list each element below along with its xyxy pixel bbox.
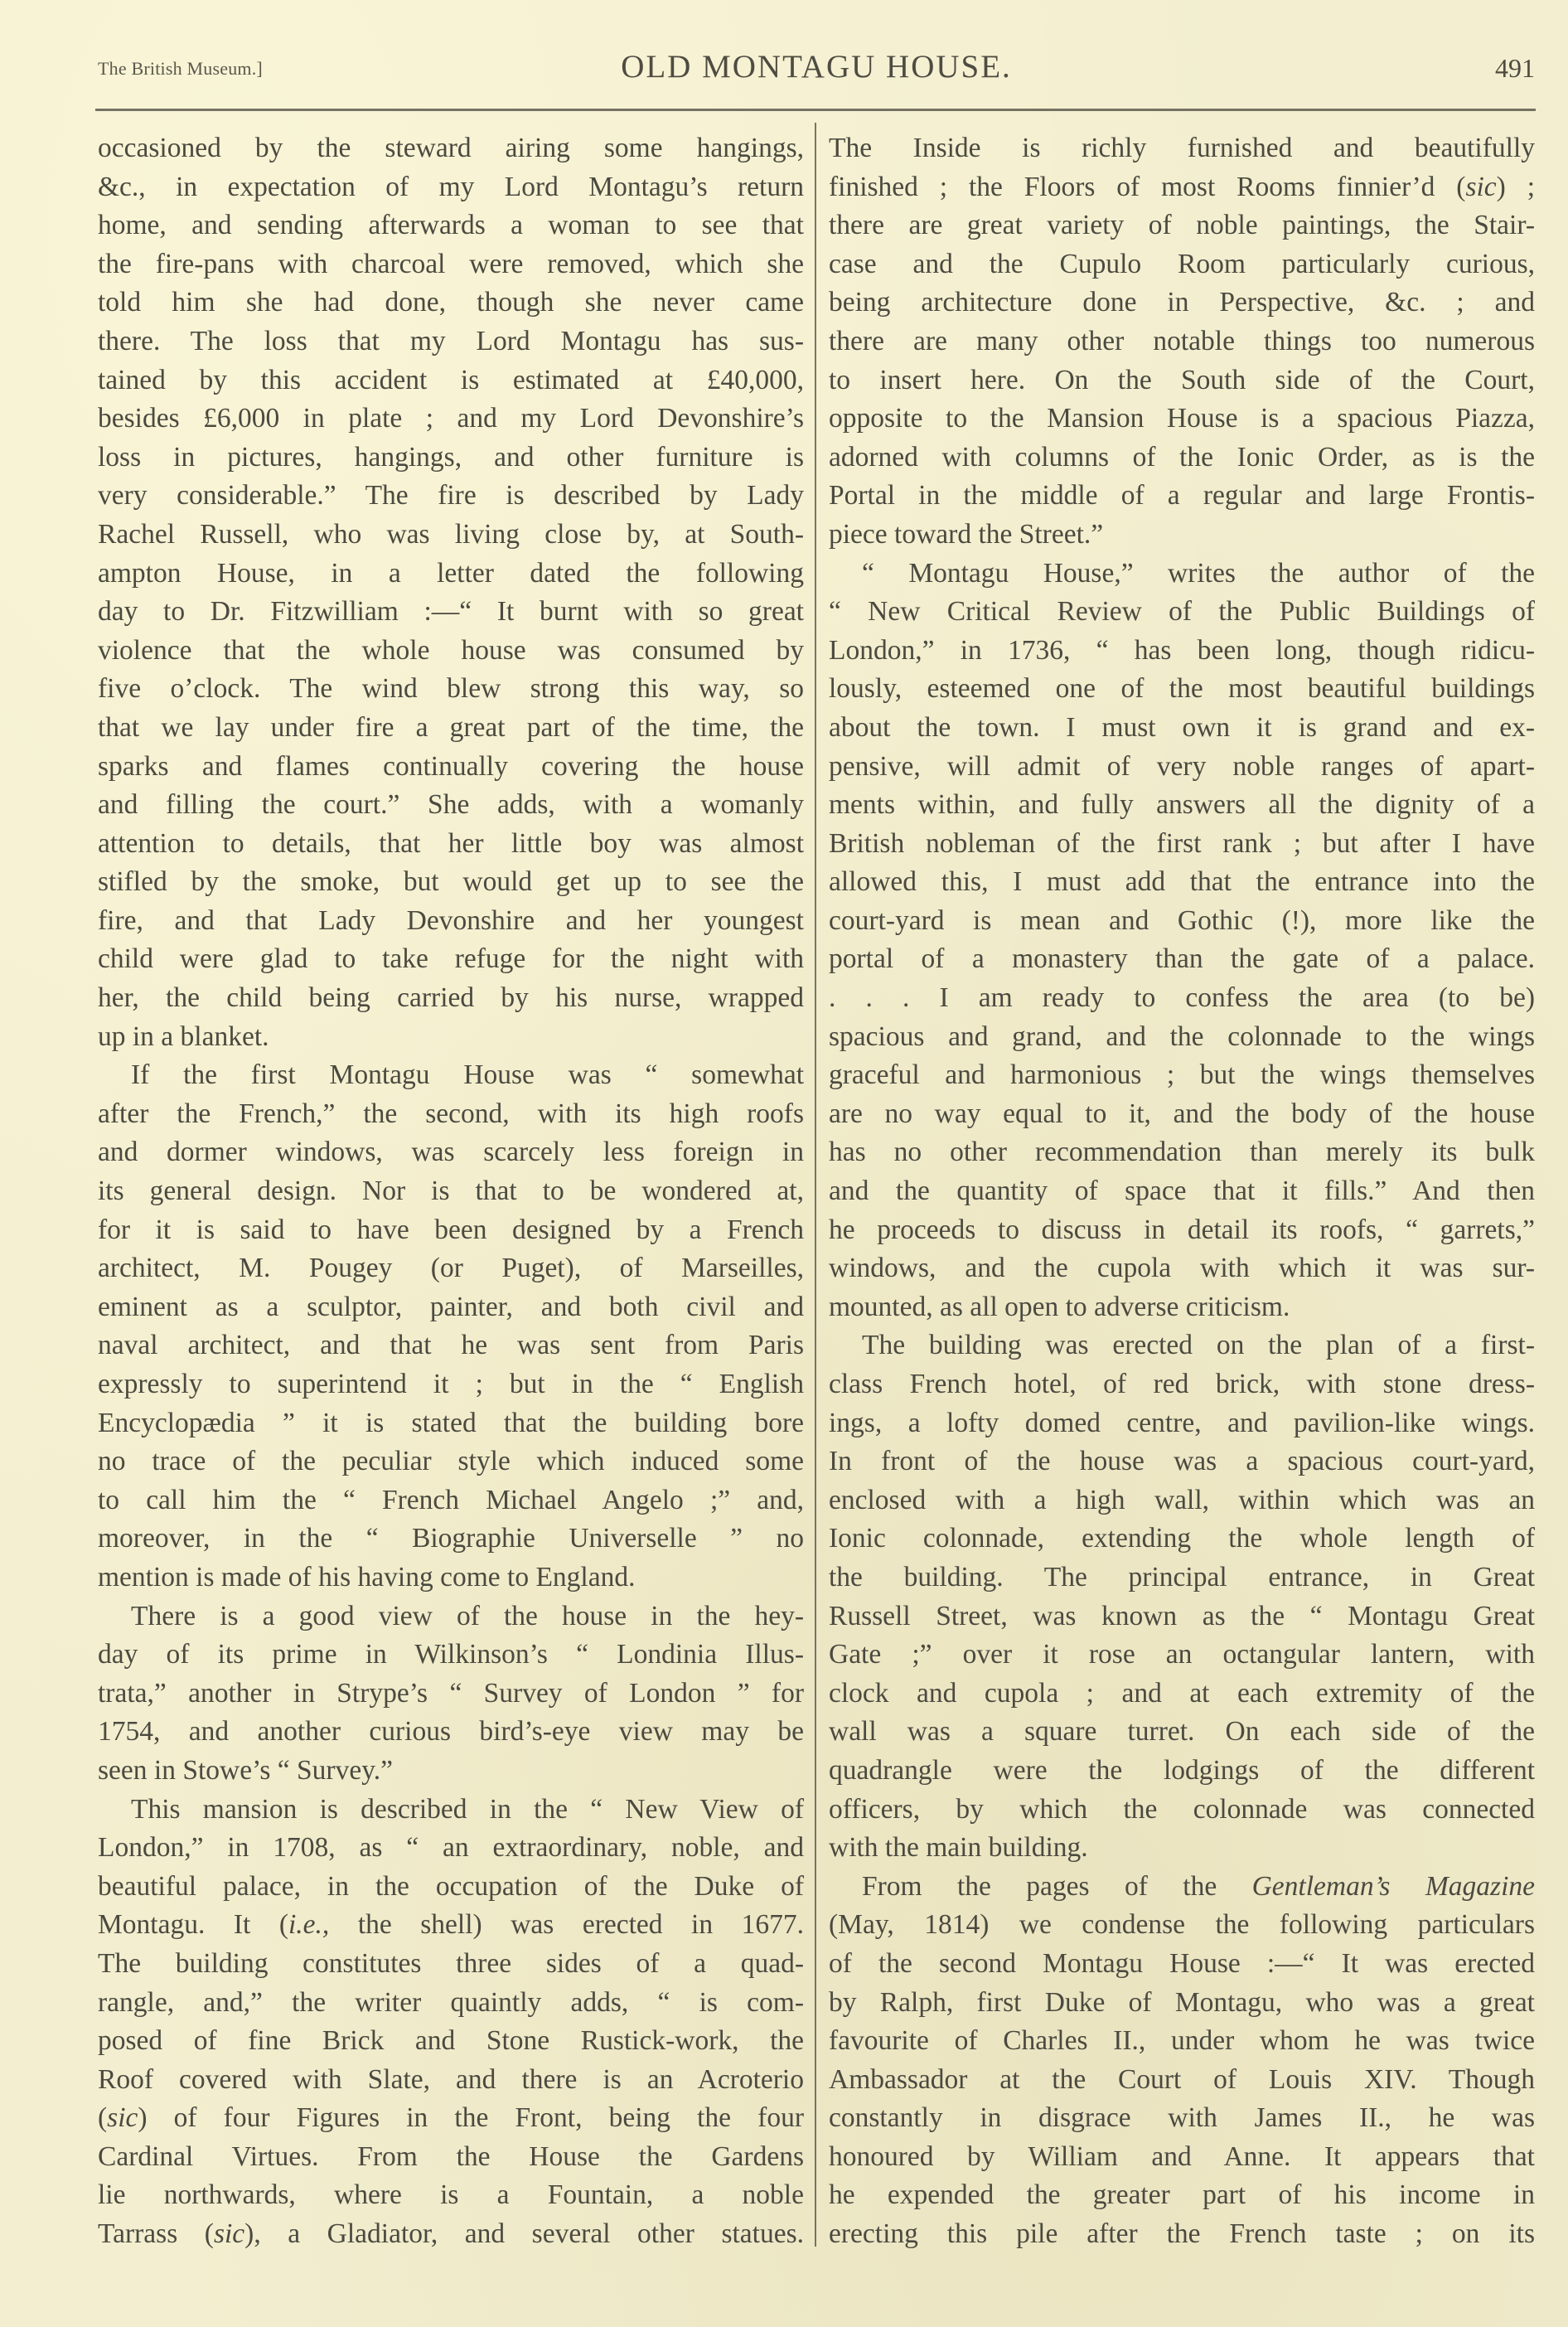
text-line: architect, M. Pougey (or Puget), of Mars… [98,1249,804,1288]
text-line: occasioned by the steward airing some ha… [98,129,804,168]
text-line: portal of a monastery than the gate of a… [829,940,1535,979]
text-line: This mansion is described in the “ New V… [98,1791,804,1830]
text-line: to call him the “ French Michael Angelo … [98,1481,804,1520]
text-line: (sic) of four Figures in the Front, bein… [98,2099,804,2138]
text-line: ments within, and fully answers all the … [829,786,1535,825]
text-line: finished ; the Floors of most Rooms finn… [829,168,1535,207]
text-line: of the second Montagu House :—“ It was e… [829,1945,1535,1984]
text-line: clock and cupola ; and at each extremity… [829,1675,1535,1714]
text-line: naval architect, and that he was sent fr… [98,1326,804,1365]
text-line: there are many other notable things too … [829,322,1535,361]
text-line: told him she had done, though she never … [98,284,804,322]
text-line: mention is made of his having come to En… [98,1559,804,1597]
text-line: There is a good view of the house in the… [98,1597,804,1636]
column-divider [815,123,816,2247]
text-line: erecting this pile after the French tast… [829,2215,1535,2254]
text-line: lie northwards, where is a Fountain, a n… [98,2176,804,2215]
text-line: no trace of the peculiar style which ind… [98,1442,804,1481]
running-head-title: OLD MONTAGU HOUSE. [98,48,1535,85]
text-line: that we lay under fire a great part of t… [98,709,804,748]
text-line: besides £6,000 in plate ; and my Lord De… [98,400,804,439]
text-line: with the main building. [829,1829,1535,1868]
text-line: . . . I am ready to confess the area (to… [829,979,1535,1018]
text-line: ampton House, in a letter dated the foll… [98,555,804,594]
text-line: and dormer windows, was scarcely less fo… [98,1133,804,1172]
text-line: spacious and grand, and the colonnade to… [829,1018,1535,1057]
text-line: quadrangle were the lodgings of the diff… [829,1752,1535,1791]
text-line: &c., in expectation of my Lord Montagu’s… [98,168,804,207]
text-line: day to Dr. Fitzwilliam :—“ It burnt with… [98,593,804,632]
text-line: rangle, and,” the writer quaintly adds, … [98,1984,804,2023]
text-line: wall was a square turret. On each side o… [829,1713,1535,1752]
text-line: up in a blanket. [98,1018,804,1057]
text-line: constantly in disgrace with James II., h… [829,2099,1535,2138]
header-rule [95,109,1536,111]
text-line: posed of fine Brick and Stone Rustick-wo… [98,2022,804,2061]
text-line: he proceeds to discuss in detail its roo… [829,1211,1535,1250]
text-line: for it is said to have been designed by … [98,1211,804,1250]
text-line: home, and sending afterwards a woman to … [98,206,804,245]
text-line: loss in pictures, hangings, and other fu… [98,439,804,478]
text-line: mounted, as all open to adverse criticis… [829,1288,1535,1327]
text-line: its general design. Nor is that to be wo… [98,1172,804,1211]
text-line: case and the Cupulo Room particularly cu… [829,245,1535,284]
text-line: 1754, and another curious bird’s-eye vie… [98,1713,804,1752]
text-line: If the first Montagu House was “ somewha… [98,1056,804,1095]
text-line: opposite to the Mansion House is a spaci… [829,400,1535,439]
text-line: moreover, in the “ Biographie Universell… [98,1520,804,1559]
text-line: Portal in the middle of a regular and la… [829,477,1535,516]
text-line: favourite of Charles II., under whom he … [829,2022,1535,2061]
text-line: Roof covered with Slate, and there is an… [98,2061,804,2100]
text-line: sparks and flames continually covering t… [98,748,804,787]
text-line: Ionic colonnade, extending the whole len… [829,1520,1535,1559]
text-line: London,” in 1736, “ has been long, thoug… [829,632,1535,671]
text-line: and filling the court.” She adds, with a… [98,786,804,825]
text-line: Rachel Russell, who was living close by,… [98,516,804,555]
text-line: the fire-pans with charcoal were removed… [98,245,804,284]
text-line: “ Montagu House,” writes the author of t… [829,555,1535,594]
text-line: Cardinal Virtues. From the House the Gar… [98,2138,804,2177]
text-line: her, the child being carried by his nurs… [98,979,804,1018]
text-line: The building was erected on the plan of … [829,1326,1535,1365]
text-line: graceful and harmonious ; but the wings … [829,1056,1535,1095]
text-line: Gate ;” over it rose an octangular lante… [829,1636,1535,1675]
text-line: fire, and that Lady Devonshire and her y… [98,902,804,941]
text-line: stifled by the smoke, but would get up t… [98,863,804,902]
text-line: attention to details, that her little bo… [98,825,804,864]
text-line: beautiful palace, in the occupation of t… [98,1868,804,1907]
text-line: “ New Critical Review of the Public Buil… [829,593,1535,632]
text-line: to insert here. On the South side of the… [829,361,1535,400]
text-line: there are great variety of noble paintin… [829,206,1535,245]
text-line: the building. The principal entrance, in… [829,1559,1535,1597]
text-line: are no way equal to it, and the body of … [829,1095,1535,1134]
right-column: The Inside is richly furnished and beaut… [829,129,1535,2254]
text-line: Encyclopædia ” it is stated that the bui… [98,1404,804,1443]
text-line: there. The loss that my Lord Montagu has… [98,322,804,361]
text-line: court-yard is mean and Gothic (!), more … [829,902,1535,941]
text-line: has no other recommendation than merely … [829,1133,1535,1172]
text-line: class French hotel, of red brick, with s… [829,1365,1535,1404]
text-line: allowed this, I must add that the entran… [829,863,1535,902]
text-line: In front of the house was a spacious cou… [829,1442,1535,1481]
text-line: adorned with columns of the Ionic Order,… [829,439,1535,478]
text-line: very considerable.” The fire is describe… [98,477,804,516]
text-line: The building constitutes three sides of … [98,1945,804,1984]
text-line: seen in Stowe’s “ Survey.” [98,1752,804,1791]
text-line: Russell Street, was known as the “ Monta… [829,1597,1535,1636]
text-line: The Inside is richly furnished and beaut… [829,129,1535,168]
text-line: enclosed with a high wall, within which … [829,1481,1535,1520]
text-line: Ambassador at the Court of Louis XIV. Th… [829,2061,1535,2100]
text-line: honoured by William and Anne. It appears… [829,2138,1535,2177]
text-line: trata,” another in Strype’s “ Survey of … [98,1675,804,1714]
text-line: (May, 1814) we condense the following pa… [829,1906,1535,1945]
text-line: eminent as a sculptor, painter, and both… [98,1288,804,1327]
text-line: From the pages of the Gentleman’s Magazi… [829,1868,1535,1907]
text-line: Montagu. It (i.e., the shell) was erecte… [98,1906,804,1945]
text-line: being architecture done in Perspective, … [829,284,1535,322]
text-line: London,” in 1708, as “ an extraordinary,… [98,1829,804,1868]
text-line: British nobleman of the first rank ; but… [829,825,1535,864]
text-line: Tarrass (sic), a Gladiator, and several … [98,2215,804,2254]
text-line: five o’clock. The wind blew strong this … [98,670,804,709]
text-line: day of its prime in Wilkinson’s “ Londin… [98,1636,804,1675]
text-line: he expended the greater part of his inco… [829,2176,1535,2215]
text-line: about the town. I must own it is grand a… [829,709,1535,748]
text-line: ings, a lofty domed centre, and pavilion… [829,1404,1535,1443]
text-line: after the French,” the second, with its … [98,1095,804,1134]
text-line: child were glad to take refuge for the n… [98,940,804,979]
text-line: piece toward the Street.” [829,516,1535,555]
text-line: officers, by which the colonnade was con… [829,1791,1535,1830]
page-number: 491 [1495,53,1535,84]
text-line: expressly to superintend it ; but in the… [98,1365,804,1404]
text-line: and the quantity of space that it fills.… [829,1172,1535,1211]
text-line: windows, and the cupola with which it wa… [829,1249,1535,1288]
left-column: occasioned by the steward airing some ha… [98,129,804,2254]
text-line: lously, esteemed one of the most beautif… [829,670,1535,709]
text-line: tained by this accident is estimated at … [98,361,804,400]
text-line: violence that the whole house was consum… [98,632,804,671]
text-line: pensive, will admit of very noble ranges… [829,748,1535,787]
text-line: by Ralph, first Duke of Montagu, who was… [829,1984,1535,2023]
running-head: The British Museum.] OLD MONTAGU HOUSE. … [98,48,1535,95]
